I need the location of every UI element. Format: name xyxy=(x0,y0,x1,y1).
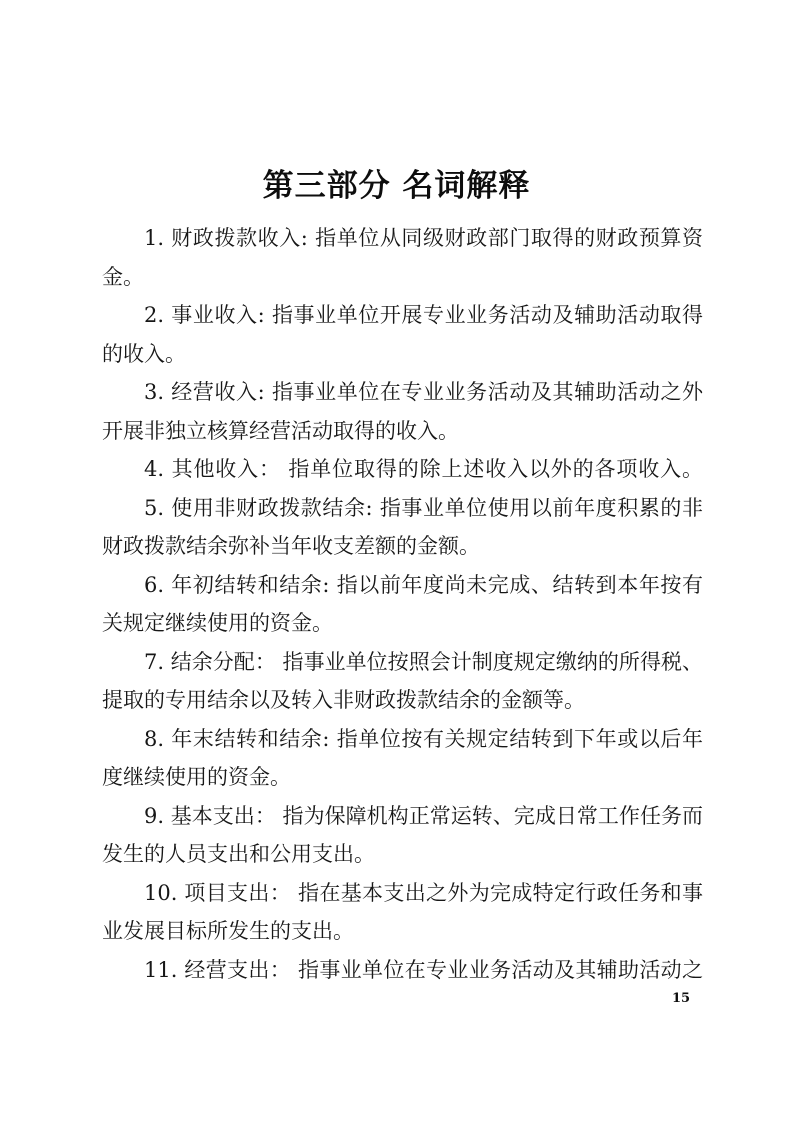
text-line: 金。 xyxy=(102,258,703,297)
definitions-list: 1. 财政拨款收入: 指单位从同级财政部门取得的财政预算资 金。 2. 事业收入… xyxy=(0,219,793,989)
text-line: 2. 事业收入: 指事业单位开展专业业务活动及辅助活动取得 xyxy=(102,296,703,335)
text-line: 8. 年末结转和结余: 指单位按有关规定结转到下年或以后年 xyxy=(102,720,703,759)
text-line: 开展非独立核算经营活动取得的收入。 xyxy=(102,412,703,451)
definition-paragraph-9: 9. 基本支出： 指为保障机构正常运转、完成日常工作任务而 发生的人员支出和公用… xyxy=(102,797,703,874)
page-number: 15 xyxy=(672,991,690,1006)
definition-paragraph-3: 3. 经营收入: 指事业单位在专业业务活动及其辅助活动之外 开展非独立核算经营活… xyxy=(102,373,703,450)
text-line: 9. 基本支出： 指为保障机构正常运转、完成日常工作任务而 xyxy=(102,797,703,836)
document-page: 第三部分 名词解释 1. 财政拨款收入: 指单位从同级财政部门取得的财政预算资 … xyxy=(0,0,793,1122)
text-line: 10. 项目支出： 指在基本支出之外为完成特定行政任务和事 xyxy=(102,874,703,913)
text-line: 5. 使用非财政拨款结余: 指事业单位使用以前年度积累的非 xyxy=(102,489,703,528)
text-line: 4. 其他收入： 指单位取得的除上述收入以外的各项收入。 xyxy=(102,450,703,489)
text-line: 业发展目标所发生的支出。 xyxy=(102,912,703,951)
text-line: 发生的人员支出和公用支出。 xyxy=(102,835,703,874)
text-line: 3. 经营收入: 指事业单位在专业业务活动及其辅助活动之外 xyxy=(102,373,703,412)
definition-paragraph-8: 8. 年末结转和结余: 指单位按有关规定结转到下年或以后年 度继续使用的资金。 xyxy=(102,720,703,797)
page-title: 第三部分 名词解释 xyxy=(0,0,793,205)
text-line: 11. 经营支出： 指事业单位在专业业务活动及其辅助活动之 xyxy=(102,951,703,990)
text-line: 1. 财政拨款收入: 指单位从同级财政部门取得的财政预算资 xyxy=(102,219,703,258)
text-line: 提取的专用结余以及转入非财政拨款结余的金额等。 xyxy=(102,681,703,720)
definition-paragraph-6: 6. 年初结转和结余: 指以前年度尚未完成、结转到本年按有 关规定继续使用的资金… xyxy=(102,566,703,643)
definition-paragraph-5: 5. 使用非财政拨款结余: 指事业单位使用以前年度积累的非 财政拨款结余弥补当年… xyxy=(102,489,703,566)
definition-paragraph-1: 1. 财政拨款收入: 指单位从同级财政部门取得的财政预算资 金。 xyxy=(102,219,703,296)
definition-paragraph-10: 10. 项目支出： 指在基本支出之外为完成特定行政任务和事 业发展目标所发生的支… xyxy=(102,874,703,951)
definition-paragraph-2: 2. 事业收入: 指事业单位开展专业业务活动及辅助活动取得 的收入。 xyxy=(102,296,703,373)
text-line: 的收入。 xyxy=(102,335,703,374)
definition-paragraph-11: 11. 经营支出： 指事业单位在专业业务活动及其辅助活动之 xyxy=(102,951,703,990)
text-line: 6. 年初结转和结余: 指以前年度尚未完成、结转到本年按有 xyxy=(102,566,703,605)
definition-paragraph-4: 4. 其他收入： 指单位取得的除上述收入以外的各项收入。 xyxy=(102,450,703,489)
text-line: 7. 结余分配： 指事业单位按照会计制度规定缴纳的所得税、 xyxy=(102,643,703,682)
text-line: 关规定继续使用的资金。 xyxy=(102,604,703,643)
definition-paragraph-7: 7. 结余分配： 指事业单位按照会计制度规定缴纳的所得税、 提取的专用结余以及转… xyxy=(102,643,703,720)
text-line: 财政拨款结余弥补当年收支差额的金额。 xyxy=(102,527,703,566)
text-line: 度继续使用的资金。 xyxy=(102,758,703,797)
